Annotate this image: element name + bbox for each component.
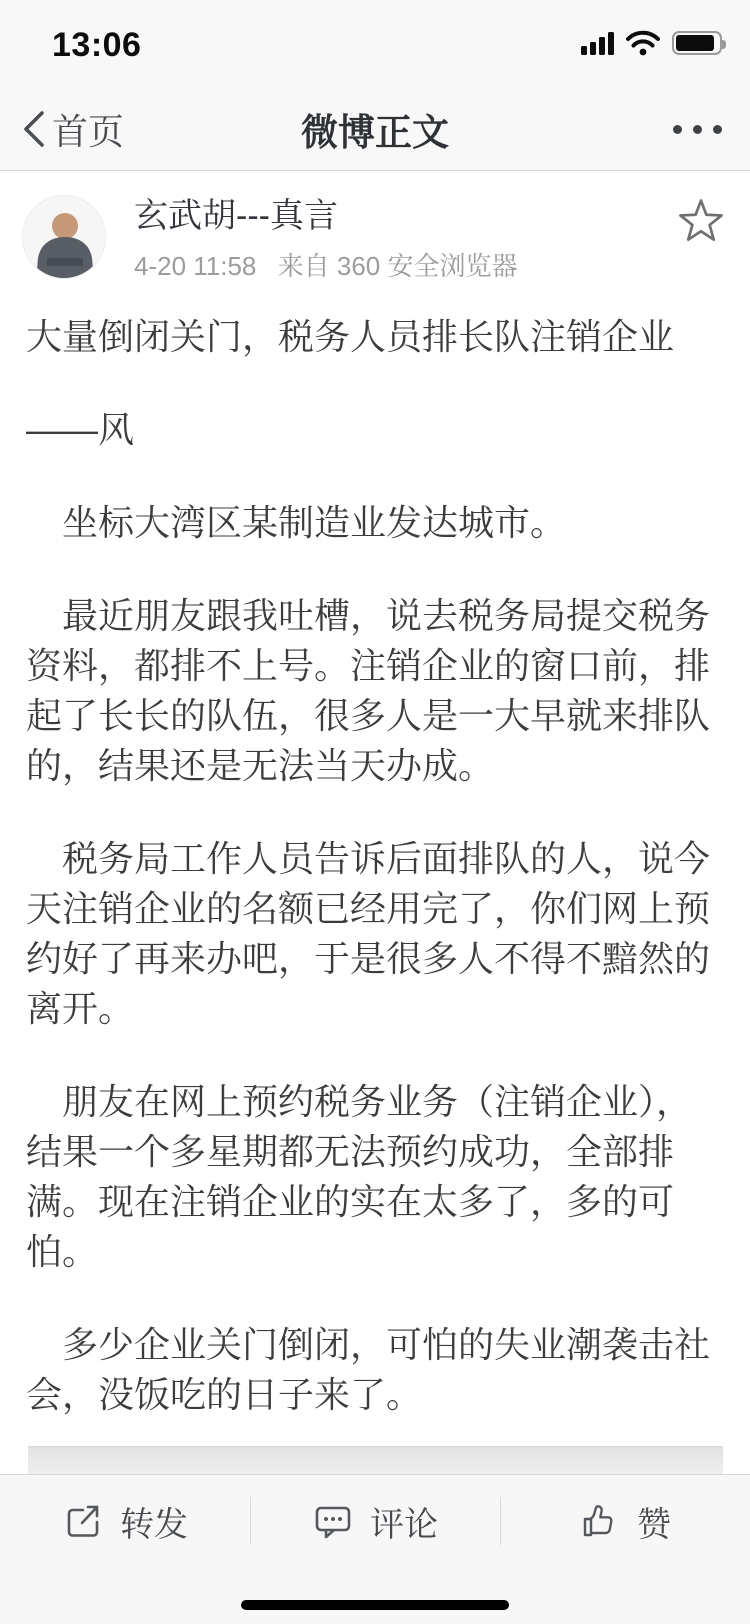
post-paragraph: 最近朋友跟我吐槽，说去税务局提交税务资料，都排不上号。注销企业的窗口前，排起了长… — [26, 591, 724, 791]
back-button[interactable]: 首页 — [18, 88, 124, 170]
back-label: 首页 — [52, 104, 124, 155]
post-content: 玄武胡---真言 4-20 11:58 来自 360 安全浏览器 大量倒闭关门，… — [0, 172, 750, 1590]
post-source: 来自 360 安全浏览器 — [278, 251, 518, 281]
post-body: 大量倒闭关门，税务人员排长队注销企业——风 坐标大湾区某制造业发达城市。 最近朋… — [0, 306, 750, 1420]
bottom-toolbar: 转发 评论 赞 — [0, 1474, 750, 1624]
dot-icon — [713, 125, 722, 134]
status-time: 13:06 — [52, 26, 141, 65]
avatar-image — [23, 196, 106, 279]
post-paragraph: 大量倒闭关门，税务人员排长队注销企业 — [26, 312, 724, 362]
post-paragraph: ——风 — [26, 405, 724, 455]
more-button[interactable] — [673, 88, 722, 170]
author-block: 玄武胡---真言 4-20 11:58 来自 360 安全浏览器 — [134, 194, 517, 283]
comment-label: 评论 — [370, 1497, 438, 1546]
post-meta: 4-20 11:58 来自 360 安全浏览器 — [134, 246, 517, 283]
post-paragraph: 坐标大湾区某制造业发达城市。 — [26, 498, 724, 548]
avatar[interactable] — [22, 195, 106, 279]
chevron-left-icon — [18, 107, 48, 151]
post-paragraph: 多少企业关门倒闭，可怕的失业潮袭击社会，没饭吃的日子来了。 — [26, 1320, 724, 1420]
dot-icon — [693, 125, 702, 134]
cellular-signal-icon — [581, 31, 614, 55]
post-header: 玄武胡---真言 4-20 11:58 来自 360 安全浏览器 — [0, 172, 750, 306]
repost-button[interactable]: 转发 — [0, 1475, 250, 1567]
home-indicator[interactable] — [241, 1600, 509, 1610]
comment-icon — [312, 1500, 354, 1542]
dot-icon — [673, 125, 682, 134]
status-icons — [581, 30, 722, 56]
nav-bar: 首页 微博正文 — [0, 88, 750, 170]
author-name[interactable]: 玄武胡---真言 — [134, 194, 517, 238]
favorite-star-button[interactable] — [676, 196, 726, 246]
repost-icon — [62, 1500, 104, 1542]
wifi-icon — [626, 30, 660, 56]
post-paragraph: 朋友在网上预约税务业务（注销企业），结果一个多星期都无法预约成功，全部排满。现在… — [26, 1077, 724, 1277]
post-timestamp: 4-20 11:58 — [134, 251, 256, 281]
repost-label: 转发 — [120, 1497, 188, 1546]
toolbar-row: 转发 评论 赞 — [0, 1475, 750, 1567]
battery-icon — [672, 31, 722, 55]
star-icon — [676, 196, 726, 246]
like-label: 赞 — [637, 1497, 671, 1546]
status-bar: 13:06 — [0, 0, 750, 88]
comment-button[interactable]: 评论 — [250, 1475, 500, 1567]
top-chrome: 13:06 首页 微博正文 — [0, 0, 750, 171]
thumbs-up-icon — [579, 1500, 621, 1542]
like-button[interactable]: 赞 — [500, 1475, 750, 1567]
post-paragraph: 税务局工作人员告诉后面排队的人，说今天注销企业的名额已经用完了，你们网上预约好了… — [26, 834, 724, 1034]
